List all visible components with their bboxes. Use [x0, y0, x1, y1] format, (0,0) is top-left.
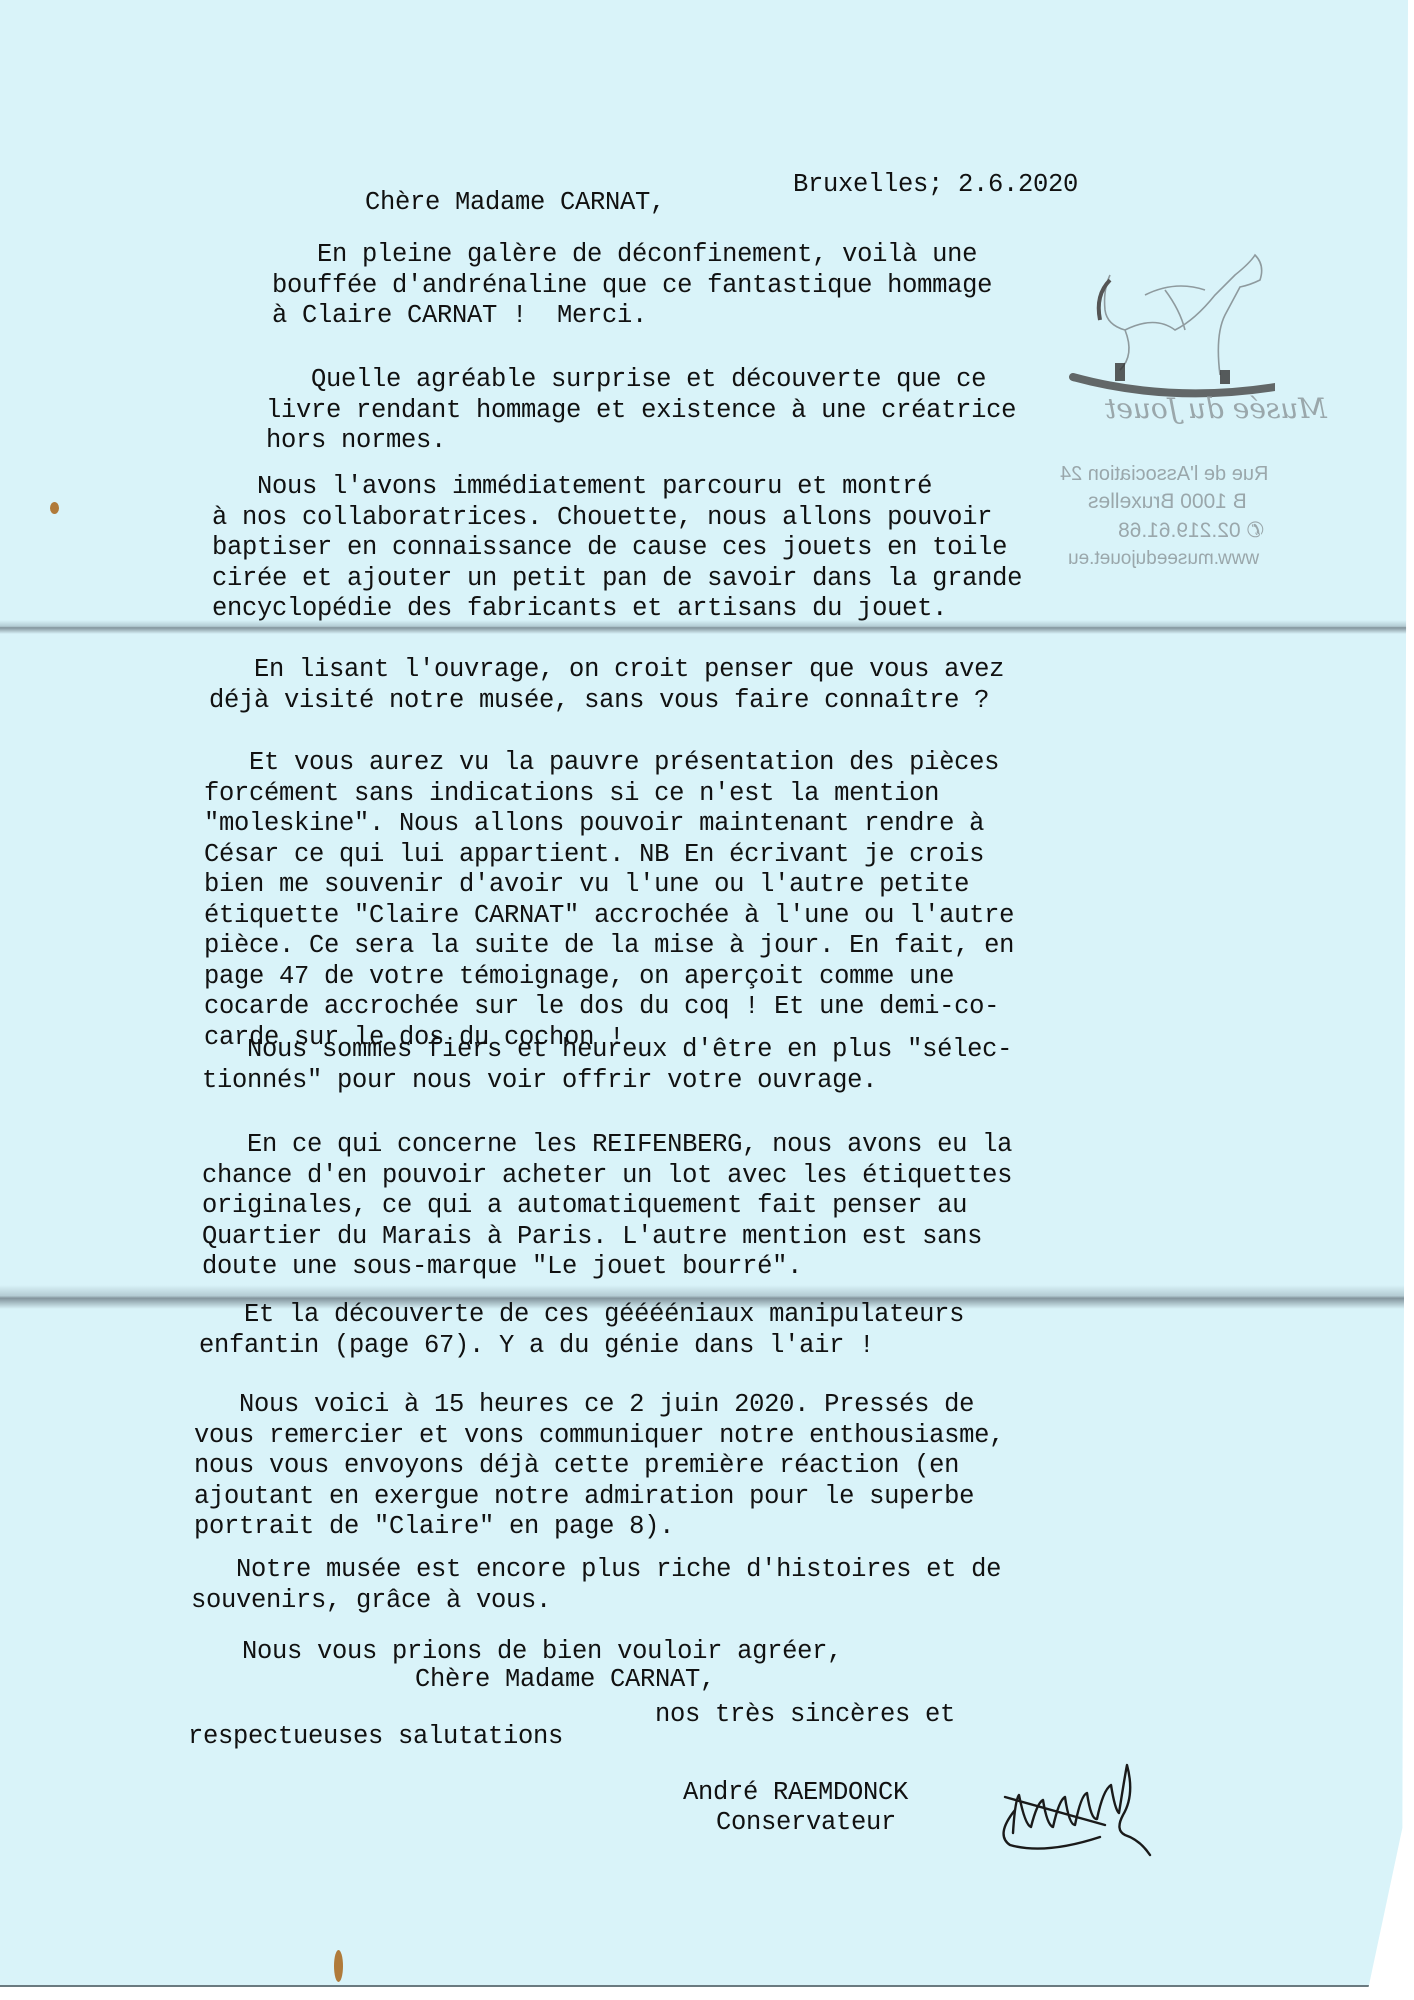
paragraph-line: Quartier du Marais à Paris. L'autre ment…: [202, 1222, 1012, 1253]
paragraph-line: Nous l'avons immédiatement parcouru et m…: [212, 472, 1022, 503]
paragraph-line: César ce qui lui appartient. NB En écriv…: [204, 840, 1014, 871]
stamp-address-line2: B 1000 Bruxelles: [1088, 490, 1247, 514]
phone-icon: ✆: [1241, 519, 1264, 542]
paragraph: En pleine galère de déconfinement, voilà…: [272, 240, 992, 332]
closing-line-2: Chère Madame CARNAT,: [415, 1665, 715, 1696]
closing-line-3: nos très sincères et: [655, 1700, 955, 1731]
stamp-caption: Musée du Jouet: [1105, 392, 1327, 425]
paragraph-line: Nous voici à 15 heures ce 2 juin 2020. P…: [194, 1390, 1004, 1421]
paragraph-line: Notre musée est encore plus riche d'hist…: [191, 1555, 1001, 1586]
paragraph-line: En ce qui concerne les REIFENBERG, nous …: [202, 1130, 1012, 1161]
signature-icon: [985, 1755, 1175, 1865]
paragraph-line: enfantin (page 67). Y a du génie dans l'…: [199, 1331, 964, 1362]
paper-speck: [50, 502, 59, 514]
paragraph-line: à nos collaboratrices. Chouette, nous al…: [212, 503, 1022, 534]
paragraph-line: bien me souvenir d'avoir vu l'une ou l'a…: [204, 870, 1014, 901]
paragraph: Quelle agréable surprise et découverte q…: [266, 365, 1016, 457]
place-date: Bruxelles; 2.6.2020: [793, 170, 1078, 201]
paragraph-line: vous remercier et vons communiquer notre…: [194, 1421, 1004, 1452]
paragraph: En lisant l'ouvrage, on croit penser que…: [209, 655, 1004, 716]
paragraph: Nous voici à 15 heures ce 2 juin 2020. P…: [194, 1390, 1004, 1543]
paragraph-line: En pleine galère de déconfinement, voilà…: [272, 240, 992, 271]
closing-line-4: respectueuses salutations: [188, 1722, 563, 1753]
paragraph-line: En lisant l'ouvrage, on croit penser que…: [209, 655, 1004, 686]
stamp-phone: ✆ 02.219.61.68: [1118, 518, 1264, 543]
paragraph-line: baptiser en connaissance de cause ces jo…: [212, 533, 1022, 564]
paragraph-line: bouffée d'andrénaline que ce fantastique…: [272, 271, 992, 302]
paragraph-line: portrait de "Claire" en page 8).: [194, 1512, 1004, 1543]
paragraph: Nous sommes fiers et heureux d'être en p…: [202, 1035, 1012, 1096]
paragraph-line: tionnés" pour nous voir offrir votre ouv…: [202, 1066, 1012, 1097]
paragraph-line: Nous sommes fiers et heureux d'être en p…: [202, 1035, 1012, 1066]
paragraph-line: Et vous aurez vu la pauvre présentation …: [204, 748, 1014, 779]
paragraph-line: page 47 de votre témoignage, on aperçoit…: [204, 962, 1014, 993]
paragraph-line: étiquette "Claire CARNAT" accrochée à l'…: [204, 901, 1014, 932]
paragraph: Et vous aurez vu la pauvre présentation …: [204, 748, 1014, 1053]
paragraph: Nous l'avons immédiatement parcouru et m…: [212, 472, 1022, 625]
paragraph-line: livre rendant hommage et existence à une…: [266, 396, 1016, 427]
paragraph-line: Quelle agréable surprise et découverte q…: [266, 365, 1016, 396]
paragraph: En ce qui concerne les REIFENBERG, nous …: [202, 1130, 1012, 1283]
paragraph-line: originales, ce qui a automatiquement fai…: [202, 1191, 1012, 1222]
closing-line-1: Nous vous prions de bien vouloir agréer,: [242, 1637, 842, 1668]
paragraph-line: souvenirs, grâce à vous.: [191, 1586, 1001, 1617]
stamp-address-line1: Rue de l'Association 24: [1060, 463, 1268, 486]
paragraph-line: forcément sans indications si ce n'est l…: [204, 779, 1014, 810]
paragraph-line: cocarde accrochée sur le dos du coq ! Et…: [204, 992, 1014, 1023]
paragraph-line: nous vous envoyons déjà cette première r…: [194, 1451, 1004, 1482]
paragraph-line: encyclopédie des fabricants et artisans …: [212, 594, 1022, 625]
paragraph-line: cirée et ajouter un petit pan de savoir …: [212, 564, 1022, 595]
salutation: Chère Madame CARNAT,: [365, 188, 665, 219]
paper-speck: [334, 1950, 343, 1982]
paragraph-line: pièce. Ce sera la suite de la mise à jou…: [204, 931, 1014, 962]
paragraph-line: Et la découverte de ces gééééniaux manip…: [199, 1300, 964, 1331]
paragraph: Notre musée est encore plus riche d'hist…: [191, 1555, 1001, 1616]
stamp-phone-number: 02.219.61.68: [1118, 519, 1241, 542]
stamp-website: www.museedujouet.eu: [1068, 548, 1259, 570]
signatory-title: Conservateur: [716, 1808, 896, 1839]
paragraph-line: "moleskine". Nous allons pouvoir mainten…: [204, 809, 1014, 840]
paragraph: Et la découverte de ces gééééniaux manip…: [199, 1300, 964, 1361]
letter-paper: Musée du Jouet Rue de l'Association 24 B…: [0, 0, 1408, 1987]
paragraph-line: doute une sous-marque "Le jouet bourré".: [202, 1252, 1012, 1283]
paragraph-line: chance d'en pouvoir acheter un lot avec …: [202, 1161, 1012, 1192]
rocking-horse-icon: [1065, 235, 1275, 405]
paragraph-line: à Claire CARNAT ! Merci.: [272, 301, 992, 332]
paragraph-line: ajoutant en exergue notre admiration pou…: [194, 1482, 1004, 1513]
paragraph-line: déjà visité notre musée, sans vous faire…: [209, 686, 1004, 717]
signatory-name: André RAEMDONCK: [683, 1778, 908, 1809]
paragraph-line: hors normes.: [266, 426, 1016, 457]
